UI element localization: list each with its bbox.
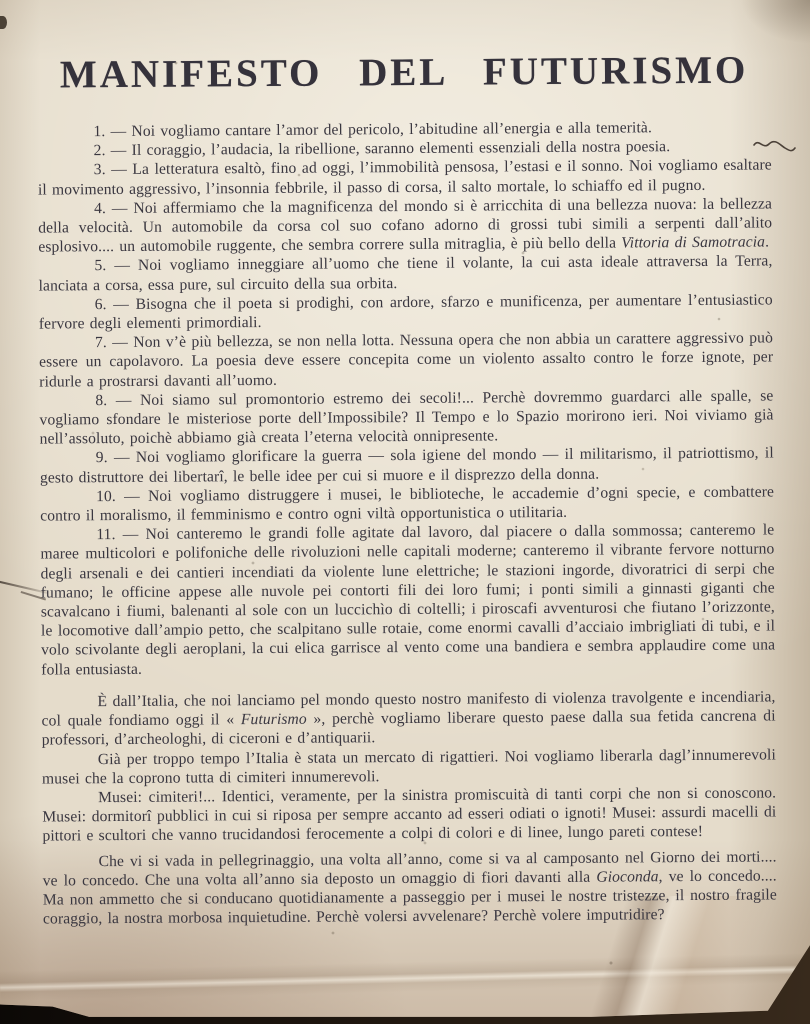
paper-blemish: [0, 16, 7, 29]
text-segment: 11. — Noi canteremo le grandi folle agit…: [40, 522, 775, 679]
paragraph: 8. — Noi siamo sul promontorio estremo d…: [39, 386, 773, 449]
paper-specks: [0, 0, 2, 2]
paragraph: Che vi si vada in pellegrinaggio, una vo…: [43, 847, 778, 929]
text-segment: 10. — Noi vogliamo distruggere i musei, …: [40, 483, 774, 524]
paragraph: 11. — Noi canteremo le grandi folle agit…: [40, 521, 775, 680]
italic-text-segment: Gioconda: [596, 868, 658, 885]
italic-text-segment: Futurismo: [241, 711, 307, 728]
text-segment: 7. — Non v’è più bellezza, se non nella …: [39, 330, 773, 391]
paragraph: 9. — Noi vogliamo glorificare la guerra …: [40, 444, 774, 488]
text-segment: 8. — Noi siamo sul promontorio estremo d…: [39, 387, 773, 448]
text-segment: 1. — Noi vogliamo cantare l’amor del per…: [93, 119, 652, 140]
document-body: 1. — Noi vogliamo cantare l’amor del per…: [37, 117, 777, 928]
paragraph: È dall’Italia, che noi lanciamo pel mond…: [41, 687, 775, 750]
ink-squiggle-mark: [752, 136, 796, 154]
text-segment: 5. — Noi vogliamo inneggiare all’uomo ch…: [39, 253, 773, 294]
paragraph: 10. — Noi vogliamo distruggere i musei, …: [40, 482, 774, 526]
document-content: MANIFESTO DEL FUTURISMO 1. — Noi vogliam…: [37, 47, 777, 928]
page-title: MANIFESTO DEL FUTURISMO: [37, 47, 771, 97]
text-segment: Già per troppo tempo l’Italia è stata un…: [42, 746, 776, 787]
manifesto-page: MANIFESTO DEL FUTURISMO 1. — Noi vogliam…: [0, 0, 810, 1024]
paper-corner-shading: [740, 0, 810, 44]
text-segment: 6. — Bisogna che il poeta si prodighi, c…: [39, 291, 773, 332]
paragraph: 6. — Bisogna che il poeta si prodighi, c…: [39, 290, 773, 334]
paragraph: 5. — Noi vogliamo inneggiare all’uomo ch…: [38, 252, 772, 296]
paragraph: Musei: cimiteri!... Identici, veramente,…: [42, 783, 776, 846]
text-segment: Musei: cimiteri!... Identici, veramente,…: [42, 784, 776, 845]
italic-text-segment: Vittoria di Samotracia: [621, 234, 765, 252]
paragraph: 4. — Noi affermiamo che la magnificenza …: [38, 194, 772, 257]
paragraph: 7. — Non v’è più bellezza, se non nella …: [39, 329, 773, 392]
text-segment: .: [765, 234, 769, 251]
text-segment: 9. — Noi vogliamo glorificare la guerra …: [40, 445, 774, 486]
paragraph: 3. — La letteratura esaltò, fino ad oggi…: [38, 156, 772, 200]
paragraph: Già per troppo tempo l’Italia è stata un…: [42, 745, 776, 789]
text-segment: 3. — La letteratura esaltò, fino ad oggi…: [38, 157, 772, 198]
